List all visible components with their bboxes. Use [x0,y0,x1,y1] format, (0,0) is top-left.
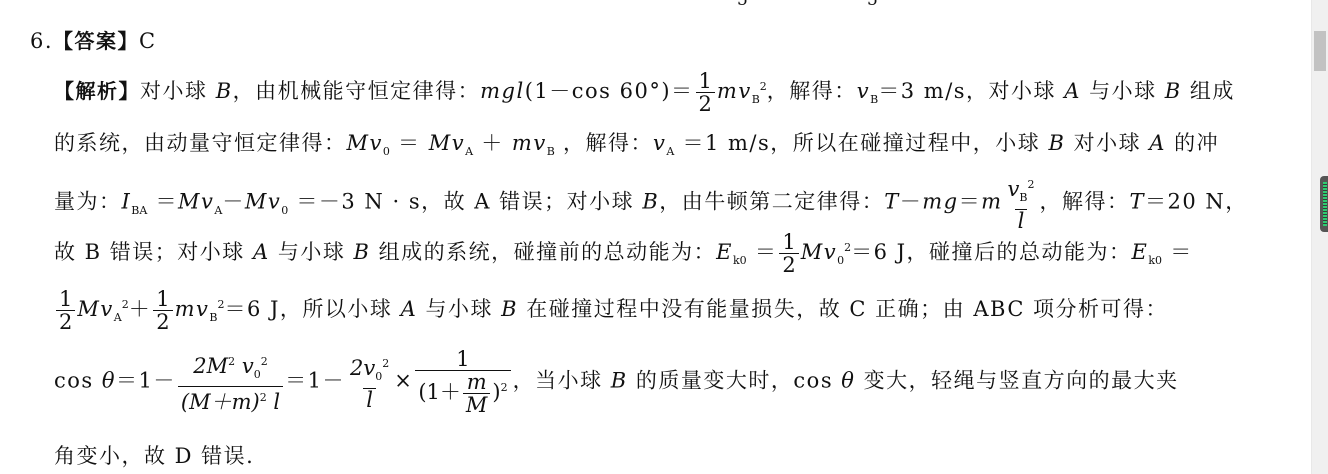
superscript: 2 [122,298,129,311]
fraction: 12 [696,70,715,115]
times-sign: × [394,369,413,393]
text: ＝6 J，碰撞后的总动能为： [851,240,1131,264]
text: ＝ [390,131,429,155]
subscript: B [547,145,555,158]
superscript: 2 [260,391,267,404]
var: (M＋m) [181,390,260,414]
numerator: m [464,371,490,393]
var: l [366,388,373,412]
denominator: 2 [696,92,715,115]
numerator: 1 [153,288,172,310]
subscript: 0 [837,254,844,267]
fraction: 12 [56,288,75,333]
var: Mv [178,190,214,214]
denominator: M [463,393,491,416]
inner-fraction: mM [463,371,491,416]
superscript: 2 [1028,178,1035,191]
var: v [1008,177,1020,201]
denominator: l [1015,209,1028,232]
text: ＝20 N， [1145,190,1248,214]
numerator: 1 [696,70,715,92]
text: 与小球 [270,240,354,264]
var: θ [102,369,116,393]
subscript: 0 [383,145,390,158]
var: B [501,297,518,321]
partial-glyph: 5 [867,0,878,10]
text: ，由机械能守恒定律得： [233,79,481,103]
numerator: 1 [779,231,798,253]
fraction: 2M2 v02(M＋m)2 l [178,351,283,413]
subscript: A [114,311,122,324]
analysis-line-7: 角变小，故 D 错误. [54,440,254,470]
denominator: l [363,388,376,411]
text: 角变小，故 D 错误. [54,444,254,468]
text: 与小球 [417,297,501,321]
var: v [857,79,870,103]
subscript: B [1019,191,1027,204]
answer-label: 【答案】 [53,29,139,53]
text: ，解得： [767,79,857,103]
vertical-scrollbar[interactable] [1311,0,1328,474]
var: B [216,79,233,103]
scrollbar-thumb[interactable] [1314,31,1326,71]
var: B [611,369,628,393]
var: A [1064,79,1081,103]
text: ，当小球 [513,369,611,393]
var: A [253,240,270,264]
text: 量为： [54,190,122,214]
text: ＝ [147,190,178,214]
text: ＝6 J，所以小球 [224,297,400,321]
subscript: k0 [733,254,747,267]
var: mv [512,131,547,155]
var: θ [841,369,855,393]
question-number: 6. [30,29,53,53]
text: － [900,190,923,214]
partial-glyph: 5 [737,0,748,10]
text: ) [492,380,500,404]
var: B [642,190,659,214]
superscript: 2 [382,357,389,370]
var: A [1149,131,1166,155]
var: 2M [193,354,228,378]
var: m [467,370,487,394]
var: mg [922,190,958,214]
text: ，由牛顿第二定律得： [659,190,884,214]
numerator: 2v02 [347,353,392,388]
text: ＝ [1162,240,1193,264]
analysis-line-5: 12MvA2＋12mvB2＝6 J，所以小球 A 与小球 B 在碰撞过程中没有能… [54,288,1168,333]
text: ＝1－ [116,369,176,393]
fraction: 12 [153,288,172,333]
subscript: 0 [375,370,382,383]
text: ＝3 m/s，对小球 [878,79,1064,103]
subscript: k0 [1148,254,1162,267]
var: Mv [245,190,281,214]
subscript: BA [131,204,147,217]
text: 组成的系统，碰撞前的总动能为： [370,240,716,264]
numerator: 1 [453,348,472,370]
var: l [267,390,280,414]
fraction: 1(1＋mM)2 [415,348,510,416]
var: Mv [429,131,465,155]
analysis-line-2: 的系统，由动量守恒定律得：Mv0 ＝ MvA ＋ mvB ，解得：vA ＝1 m… [54,127,1219,158]
text: ＋ [129,297,152,321]
var: mgl [480,79,525,103]
analysis-line-4: 故 B 错误；对小球 A 与小球 B 组成的系统，碰撞前的总动能为：Ek0 ＝1… [54,231,1193,276]
text: ＝1 m/s，所以在碰撞过程中，小球 [674,131,1048,155]
denominator: 2 [153,310,172,333]
analysis-label: 【解析】 [54,79,140,103]
text: ，解得： [1040,190,1130,214]
text: ＝1－ [285,369,345,393]
text: cos [54,369,102,393]
fraction: 12 [779,231,798,276]
subscript: B [209,311,217,324]
var: B [1048,131,1065,155]
text: 与小球 [1081,79,1165,103]
text: ＝ [747,240,778,264]
fraction: 2v02l [347,353,392,411]
text: － [222,190,245,214]
var: m [981,190,1002,214]
analysis-line-6: cos θ＝1－2M2 v02(M＋m)2 l＝1－2v02l×1(1＋mM)2… [54,348,1179,416]
numerator: vB2 [1005,174,1038,209]
document-page: 5 5 6.【答案】C 【解析】对小球 B，由机械能守恒定律得：mgl(1－co… [0,0,1312,474]
text: 的质量变大时，cos [628,369,842,393]
var: B [354,240,371,264]
denominator: 2 [779,253,798,276]
var: v [653,131,666,155]
superscript: 2 [501,381,508,394]
text: 的系统，由动量守恒定律得： [54,131,347,155]
subscript: B [752,93,760,106]
var: A [401,297,418,321]
previous-content-fragment: 5 5 [0,0,1300,10]
var: v [235,354,254,378]
superscript: 2 [261,355,268,368]
side-panel-toggle-icon[interactable] [1320,176,1328,232]
var: B [1165,79,1182,103]
text: ＝ [959,190,982,214]
question-heading: 6.【答案】C [30,25,157,54]
answer-value: C [139,29,157,53]
var: l [1018,209,1025,233]
denominator: (M＋m)2 l [178,386,283,413]
text: 对小球 [140,79,216,103]
text: ＝－3 N · s，故 A 错误；对小球 [288,190,642,214]
var: mv [175,297,210,321]
subscript: A [465,145,473,158]
text: 对小球 [1065,131,1149,155]
denominator: (1＋mM)2 [415,370,510,416]
analysis-line-3: 量为：IBA ＝MvA－Mv0 ＝－3 N · s，故 A 错误；对小球 B，由… [54,174,1248,232]
text: ，解得： [555,131,653,155]
text: ＋ [473,131,512,155]
text: (1－cos 60°)＝ [525,79,694,103]
superscript: 2 [760,80,767,93]
var: I [122,190,132,214]
var: T [1130,190,1146,214]
var: Mv [347,131,383,155]
var: Mv [77,297,113,321]
var: mv [717,79,752,103]
numerator: 1 [56,288,75,310]
text: 在碰撞过程中没有能量损失，故 C 正确；由 ABC 项分析可得： [518,297,1168,321]
text: 故 B 错误；对小球 [54,240,253,264]
var: 2v [350,356,375,380]
text: 组成 [1182,79,1235,103]
var: E [716,240,733,264]
analysis-line-1: 【解析】对小球 B，由机械能守恒定律得：mgl(1－cos 60°)＝12mvB… [54,70,1235,115]
var: M [466,393,488,417]
var: E [1132,240,1149,264]
denominator: 2 [56,310,75,333]
text: 的冲 [1166,131,1219,155]
text: (1＋ [418,380,461,404]
var: T [884,190,900,214]
fraction: vB2l [1005,174,1038,232]
var: Mv [801,240,837,264]
text: 变大，轻绳与竖直方向的最大夹 [855,369,1178,393]
subscript: 0 [254,368,261,381]
numerator: 2M2 v02 [190,351,270,386]
